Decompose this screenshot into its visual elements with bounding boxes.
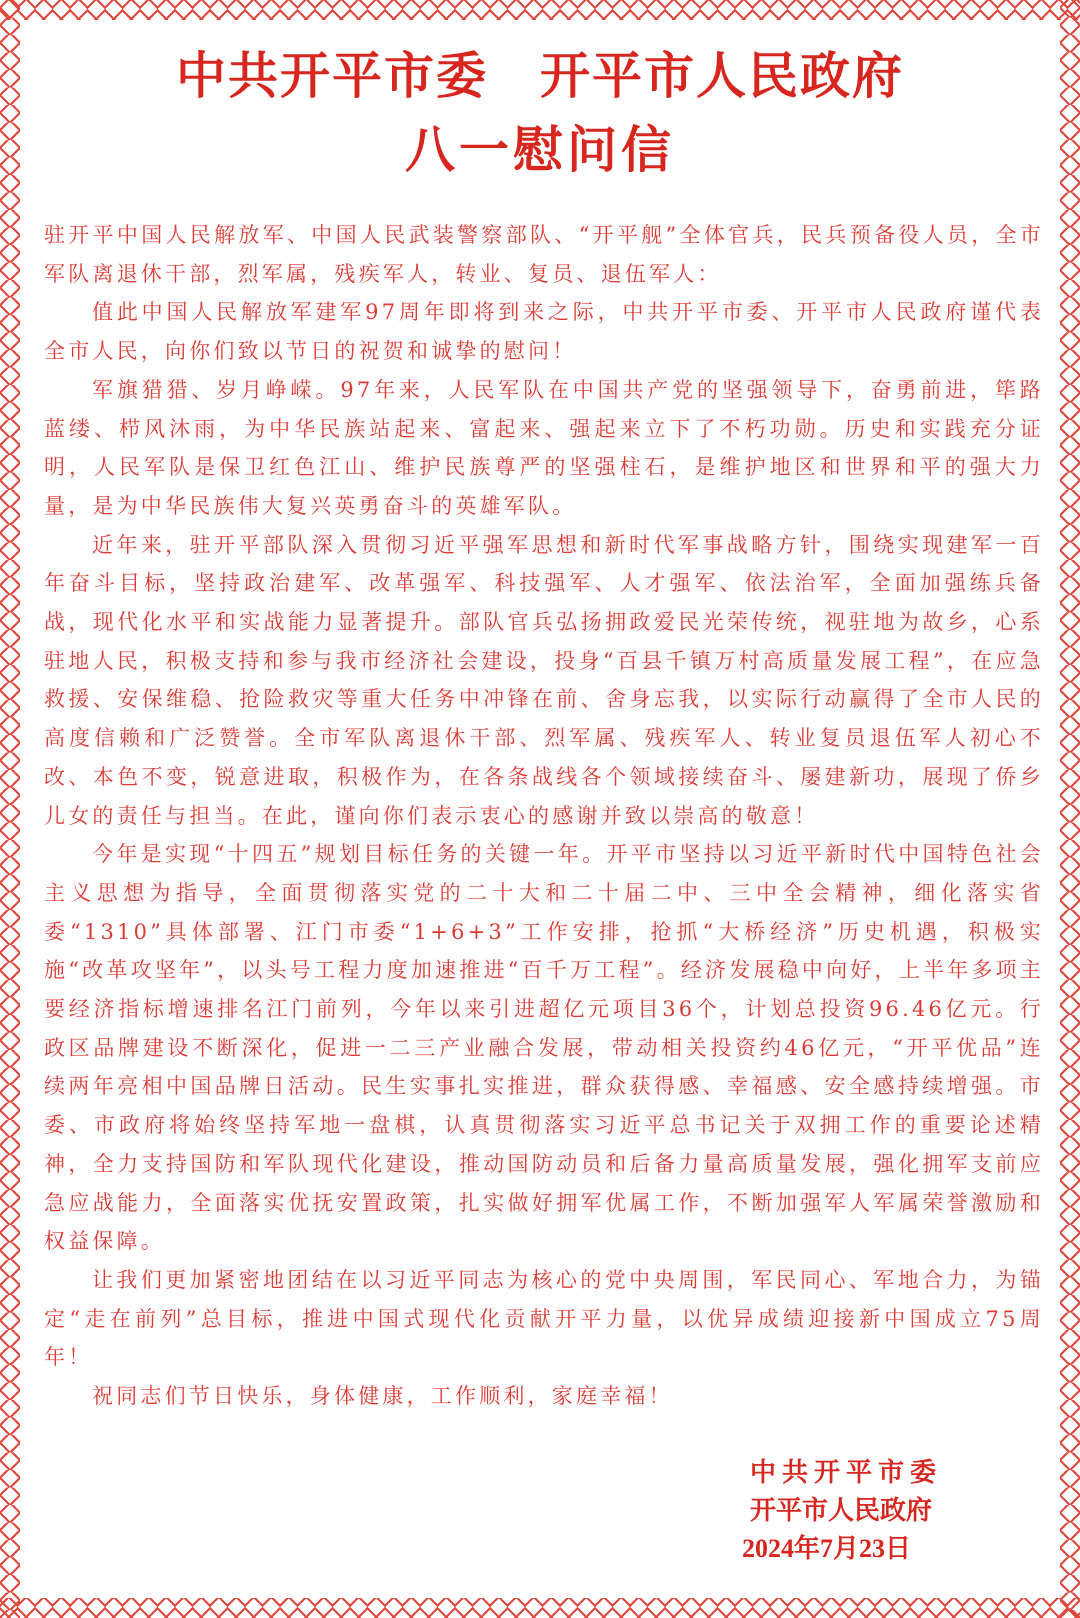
paragraph-city-development: 今年是实现“十四五”规划目标任务的关键一年。开平市坚持以习近平新时代中国特色社会… [44,835,1044,1261]
paragraph-local-troops: 近年来，驻开平部队深入贯彻习近平强军思想和新时代军事战略方针，围绕实现建军一百年… [44,526,1044,836]
salutation: 驻开平中国人民解放军、中国人民武装警察部队、“开平舰”全体官兵，民兵预备役人员，… [44,216,1044,293]
signature-party-committee: 中共开平市委 [750,1454,1000,1492]
letter-header: 中共开平市委 开平市人民政府 八一慰问信 [0,40,1080,186]
paragraph-call-to-unity: 让我们更加紧密地团结在以习近平同志为核心的党中央周围，军民同心、军地合力，为锚定… [44,1261,1044,1377]
paragraph-closing-wishes: 祝同志们节日快乐，身体健康，工作顺利，家庭幸福！ [44,1377,1044,1416]
paragraph-army-history: 军旗猎猎、岁月峥嵘。97年来，人民军队在中国共产党的坚强领导下，奋勇前进，筚路蓝… [44,371,1044,526]
decorative-border-left [0,0,20,1618]
signature-block: 中共开平市委 开平市人民政府 2024年7月23日 [750,1454,1000,1568]
signature-date: 2024年7月23日 [742,1530,1000,1568]
decorative-border-top [0,0,1080,20]
letter-title: 八一慰问信 [0,114,1080,186]
issuer-title: 中共开平市委 开平市人民政府 [0,40,1080,112]
paragraph-greeting: 值此中国人民解放军建军97周年即将到来之际，中共开平市委、开平市人民政府谨代表全… [44,293,1044,370]
letter-body: 驻开平中国人民解放军、中国人民武装警察部队、“开平舰”全体官兵，民兵预备役人员，… [44,216,1044,1416]
decorative-border-bottom [0,1598,1080,1618]
decorative-border-right [1060,0,1080,1618]
signature-government: 开平市人民政府 [750,1492,1000,1530]
